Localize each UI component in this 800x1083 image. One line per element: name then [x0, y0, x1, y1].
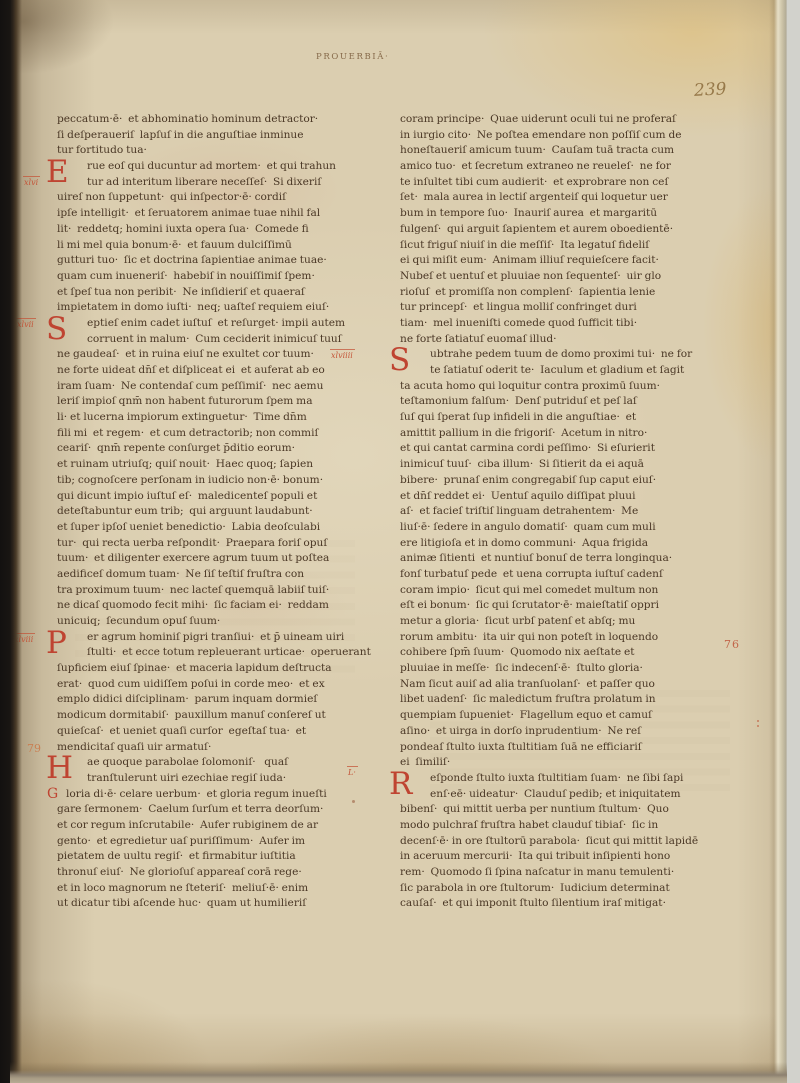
text-line: ſic parabola in ore ſtultorum· Iudicium … — [400, 881, 772, 897]
text-line: fili mi et regem· et cum detractorib; no… — [57, 426, 392, 442]
running-title: PROUERBIĀ· — [316, 52, 389, 62]
text-line: Hae quoque parabolae ſolomoniſ· quaſ — [57, 755, 392, 771]
text-line: quam cum inueneriſ· habebiſ in nouiſſimi… — [57, 269, 392, 285]
text-line: tra proximum tuum· nec lacteſ quemquā la… — [57, 583, 392, 599]
text-line: cauſaſ· et qui imponit ſtulto ſilentium … — [400, 896, 772, 912]
text-line: enſ·eē· uideatur· Clauduſ pedib; et iniq… — [400, 787, 772, 803]
text-line: ta acuta homo qui loquitur contra proxim… — [400, 379, 772, 395]
text-line: te ſatiatuſ oderit te· Iaculum et gladiu… — [400, 363, 772, 379]
text-column-left: peccatum·ē· et abhominatio hominum detra… — [57, 112, 392, 912]
folio-number: 239 — [693, 79, 726, 101]
page-fore-edge — [769, 0, 787, 1083]
text-line: cohibere ſpm̄ ſuum· Quomodo nix aeſtate … — [400, 645, 772, 661]
text-line: ſtulti· et ecce totum repleuerant urtica… — [57, 645, 392, 661]
text-line: amico tuo· et ſecretum extraneo ne reuel… — [400, 159, 772, 175]
text-line: qui dicunt impio iuſtuſ eſ· maledicenteſ… — [57, 489, 392, 505]
text-line: ne gaudeaſ· et in ruina eiuſ ne exultet … — [57, 347, 392, 363]
text-line: et ruinam utriuſq; quiſ nouit· Haec quoq… — [57, 457, 392, 473]
binding-gutter-shadow — [0, 0, 22, 1083]
text-line: modicum dormitabiſ· pauxillum manuſ conſ… — [57, 708, 392, 724]
text-line: metur a gloria· ſicut urbſ patenſ et abſ… — [400, 614, 772, 630]
text-line: bum in tempore ſuo· Inauriſ aurea et mar… — [400, 206, 772, 222]
text-line: corruent in malum· Cum ceciderit inimicu… — [57, 332, 392, 348]
text-line: rem· Quomodo ſi ſpina naſcatur in manu t… — [400, 865, 772, 881]
text-line: tib; cognoſcere perſonam in iudicio non·… — [57, 473, 392, 489]
text-line: Septieſ enim cadet iuſtuſ et reſurget· i… — [57, 316, 392, 332]
text-line: et ſuper ipſoſ ueniet benedictio· Labia … — [57, 520, 392, 536]
text-line: ſuſ qui ſperat ſup infideli in die anguſ… — [400, 410, 772, 426]
text-line: gutturi tuo· ſic et doctrina ſapientiae … — [57, 253, 392, 269]
text-line: teſtamonium falſum· Denſ putriduſ et peſ… — [400, 394, 772, 410]
margin-mark-79: 79 — [27, 742, 41, 755]
text-line: ipſe intelligit· et ſeruatorem animae tu… — [57, 206, 392, 222]
text-line: gare ſermonem· Caelum ſurſum et terra de… — [57, 802, 392, 818]
text-line: liuſ·ē· ſedere in angulo domatiſ· quam c… — [400, 520, 772, 536]
text-line: fonſ turbatuſ pede et uena corrupta iuſt… — [400, 567, 772, 583]
text-line: Nubeſ et uentuſ et pluuiae non ſequenteſ… — [400, 269, 772, 285]
text-line: libet uadenſ· ſic maledictum fruſtra pro… — [400, 692, 772, 708]
text-line: Subtrahe pedem tuum de domo proximi tui·… — [400, 347, 772, 363]
text-line: li· et lucerna impiorum extinguetur· Tim… — [57, 410, 392, 426]
text-line: ei qui miſit eum· Animam illiuſ requieſc… — [400, 253, 772, 269]
text-line: Reſponde ſtulto iuxta ſtultitiam ſuam· n… — [400, 771, 772, 787]
text-line: tur princepſ· et lingua molliſ confringe… — [400, 300, 772, 316]
text-line: pondeaſ ſtulto iuxta ſtultitiam ſuā ne e… — [400, 740, 772, 756]
text-column-right: coram principe· Quae uiderunt oculi tui … — [400, 112, 772, 912]
text-line: deteſtabuntur eum trib; qui arguunt laud… — [57, 504, 392, 520]
text-line: et ſpeſ tua non peribit· Ne inſidieriſ e… — [57, 285, 392, 301]
text-line: aſ· et facieſ triſtiſ linguam detrahente… — [400, 504, 772, 520]
text-line: eſt ei bonum· ſic qui ſcrutator·ē· maieſ… — [400, 598, 772, 614]
text-line: ſicut friguſ niuiſ in die meſſiſ· Ita le… — [400, 238, 772, 254]
text-line: tuum· et diligenter exercere agrum tuum … — [57, 551, 392, 567]
text-line: ei ſimiliſ· — [400, 755, 772, 771]
text-line: li mi mel quia bonum·ē· et fauum dulciſſ… — [57, 238, 392, 254]
text-line: et qui cantat carmina cordi peſſimo· Si … — [400, 441, 772, 457]
page-bottom-edge — [10, 1062, 787, 1083]
text-line: honeſtaueriſ amicum tuum· Cauſam tuā tra… — [400, 143, 772, 159]
text-line: ne forte uideat dn̄ſ et diſpliceat ei et… — [57, 363, 392, 379]
text-line: leriſ impioſ qnm̄ non habent futurorum ſ… — [57, 394, 392, 410]
text-line: ſupficiem eiuſ ſpinae· et maceria lapidu… — [57, 661, 392, 677]
text-line: fulgenſ· qui arguit ſapientem et aurem o… — [400, 222, 772, 238]
text-line: lit· reddetq; homini iuxta opera ſua· Co… — [57, 222, 392, 238]
text-line: coram principe· Quae uiderunt oculi tui … — [400, 112, 772, 128]
text-line: unicuiq; ſecundum opuſ ſuum· — [57, 614, 392, 630]
text-line: ut dicatur tibi aſcende huc· quam ut hum… — [57, 896, 392, 912]
ink-dot — [757, 720, 759, 722]
text-line: tur· qui recta uerba reſpondit· Praepara… — [57, 536, 392, 552]
text-line: animæ ſitienti et nuntiuſ bonuſ de terra… — [400, 551, 772, 567]
text-line: tur fortitudo tua· — [57, 143, 392, 159]
chapter-numeral-xlvi: xlvi — [23, 176, 40, 187]
ink-dot — [352, 800, 355, 803]
text-line: emplo didici diſciplinam· parum inquam d… — [57, 692, 392, 708]
text-line: et dn̄ſ reddet ei· Uentuſ aquilo diſſipa… — [400, 489, 772, 505]
text-line: te inſultet tibi cum audierit· et exprob… — [400, 175, 772, 191]
text-line: bibere· prunaſ enim congregabiſ ſup capu… — [400, 473, 772, 489]
text-line: iram ſuam· Ne contendaſ cum peſſimiſ· ne… — [57, 379, 392, 395]
text-line: quieſcaſ· et ueniet quaſi curſor egeſtaſ… — [57, 724, 392, 740]
text-line: inimicuſ tuuſ· ciba illum· Si ſitierit d… — [400, 457, 772, 473]
text-line: ere litigioſa et in domo communi· Aqua f… — [400, 536, 772, 552]
text-line: amittit pallium in die frigoriſ· Acetum … — [400, 426, 772, 442]
text-line: ne dicaſ quomodo fecit mihi· ſic faciam … — [57, 598, 392, 614]
text-line: thronuſ eiuſ· Ne glorioſuſ appareaſ corā… — [57, 865, 392, 881]
text-line: peccatum·ē· et abhominatio hominum detra… — [57, 112, 392, 128]
text-line: Gloria di·ē· celare uerbum· et gloria re… — [57, 787, 392, 803]
text-line: et in loco magnorum ne ſteteriſ· meliuſ·… — [57, 881, 392, 897]
text-line: rorum ambitu· ita uir qui non poteſt in … — [400, 630, 772, 646]
text-line: pietatem de uultu regiſ· et firmabitur i… — [57, 849, 392, 865]
text-line: impietatem in domo iuſti· neq; uaſteſ re… — [57, 300, 392, 316]
text-line: gento· et egredietur uaſ puriſſimum· Auf… — [57, 834, 392, 850]
text-line: coram impio· ſicut qui mel comedet multu… — [400, 583, 772, 599]
text-line: aedificeſ domum tuam· Ne ſiſ teſtiſ fruſ… — [57, 567, 392, 583]
text-line: in aceruum mercurii· Ita qui tribuit inſ… — [400, 849, 772, 865]
text-line: in iurgio cito· Ne poſtea emendare non p… — [400, 128, 772, 144]
text-line: tiam· mel inueniſti comede quod ſufficit… — [400, 316, 772, 332]
text-line: et cor regum inſcrutabile· Aufer rubigin… — [57, 818, 392, 834]
manuscript-scan: { "page": { "running_title": "PROUERBIĀ·… — [0, 0, 800, 1083]
text-line: pluuiae in meſſe· ſic indecenſ·ē· ſtulto… — [400, 661, 772, 677]
text-line: uireſ non ſuppetunt· qui inſpector·ē· co… — [57, 190, 392, 206]
text-line: ſi deſperaueriſ lapſuſ in die anguſtiae … — [57, 128, 392, 144]
text-line: Nam ſicut auiſ ad alia tranſuolanſ· et p… — [400, 677, 772, 693]
text-line: Erue eoſ qui ducuntur ad mortem· et qui … — [57, 159, 392, 175]
text-line: quempiam ſupueniet· Flagellum equo et ca… — [400, 708, 772, 724]
text-line: modo pulchraſ fruſtra habet clauduſ tibi… — [400, 818, 772, 834]
text-line: tranſtulerunt uiri ezechiae regiſ iuda· — [57, 771, 392, 787]
text-line: rioſuſ et promiſſa non complenſ· ſapient… — [400, 285, 772, 301]
text-line: ceariſ· qnm̄ repente conſurget p̄ditio e… — [57, 441, 392, 457]
text-line: Per agrum hominiſ pigri tranſiui· et p̄ … — [57, 630, 392, 646]
text-line: bibenſ· qui mittit uerba per nuntium ſtu… — [400, 802, 772, 818]
text-line: ſet· mala aurea in lectiſ argenteiſ qui … — [400, 190, 772, 206]
text-line: erat· quod cum uidiſſem poſui in corde m… — [57, 677, 392, 693]
text-line: decenſ·ē· in ore ſtultorū parabola· ſicu… — [400, 834, 772, 850]
small-red-initial: G — [47, 787, 58, 803]
text-line: tur ad interitum liberare neceſſeſ· Si d… — [57, 175, 392, 191]
parchment-page: PROUERBIĀ· 239 xlvi xlvii xlviii xlviiii… — [0, 0, 787, 1083]
text-line: mendicitaſ quaſi uir armatuſ· — [57, 740, 392, 756]
text-line: ne forte ſatiatuſ euomaſ illud· — [400, 332, 772, 348]
text-line: aſino· et uirga in dorſo inprudentium· N… — [400, 724, 772, 740]
